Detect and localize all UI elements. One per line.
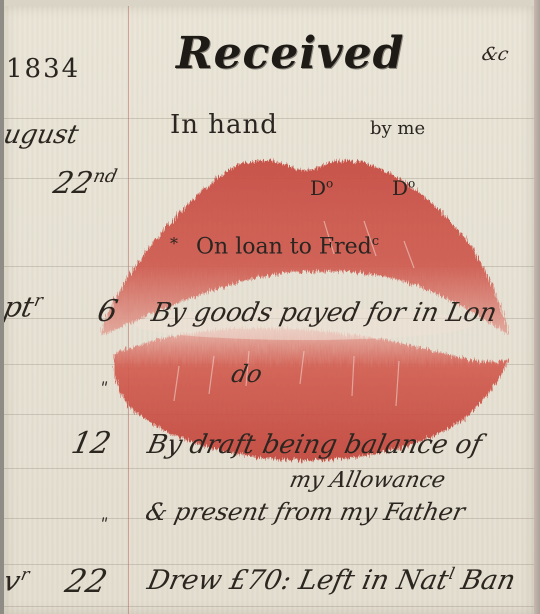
entry-my-allowance: my Allowance bbox=[287, 468, 447, 493]
entry-text: Drew £70: Left in Nat bbox=[145, 565, 452, 596]
ditto-mark-2: Do bbox=[392, 176, 415, 200]
entry-drew-70: Drew £70: Left in Natl Ban bbox=[145, 564, 519, 596]
day-22-august: 22nd bbox=[50, 166, 119, 201]
by-me-label: by me bbox=[370, 118, 425, 139]
entry-ditto: do bbox=[229, 360, 265, 388]
day-number: 22 bbox=[50, 166, 96, 201]
photo-right-edge bbox=[534, 0, 540, 614]
ledger-page: 1834 Received &c In hand by me Do Do * O… bbox=[4, 6, 534, 614]
month-text: pt bbox=[4, 290, 37, 323]
year-label: 1834 bbox=[6, 54, 80, 84]
entry-draft-balance: By draft being balance of bbox=[145, 430, 485, 460]
ditto-letter: D bbox=[310, 176, 326, 200]
ditto-sup: o bbox=[326, 176, 333, 190]
day-22-november: 22 bbox=[62, 562, 111, 600]
loan-sup: c bbox=[372, 234, 379, 249]
loan-text: On loan to Fred bbox=[196, 234, 372, 259]
in-hand-label: In hand bbox=[170, 110, 278, 140]
entry-goods-payed: By goods payed for in Lon bbox=[149, 298, 500, 328]
etc-mark: &c bbox=[480, 44, 511, 65]
loan-to-fred-label: On loan to Fredc bbox=[196, 234, 379, 259]
entry-present-from-father: & present from my Father bbox=[143, 498, 467, 526]
asterisk-mark: * bbox=[170, 234, 178, 253]
ditto-letter: D bbox=[392, 176, 408, 200]
month-september: ptr bbox=[4, 290, 45, 323]
received-heading: Received bbox=[176, 28, 404, 79]
ditto-mark-1: Do bbox=[310, 176, 333, 200]
day-12: 12 bbox=[68, 426, 114, 461]
day-sup: nd bbox=[91, 166, 119, 187]
entry-text-end: Ban bbox=[458, 565, 518, 596]
month-august: ugust bbox=[4, 120, 81, 150]
ditto-sup: o bbox=[408, 176, 415, 190]
